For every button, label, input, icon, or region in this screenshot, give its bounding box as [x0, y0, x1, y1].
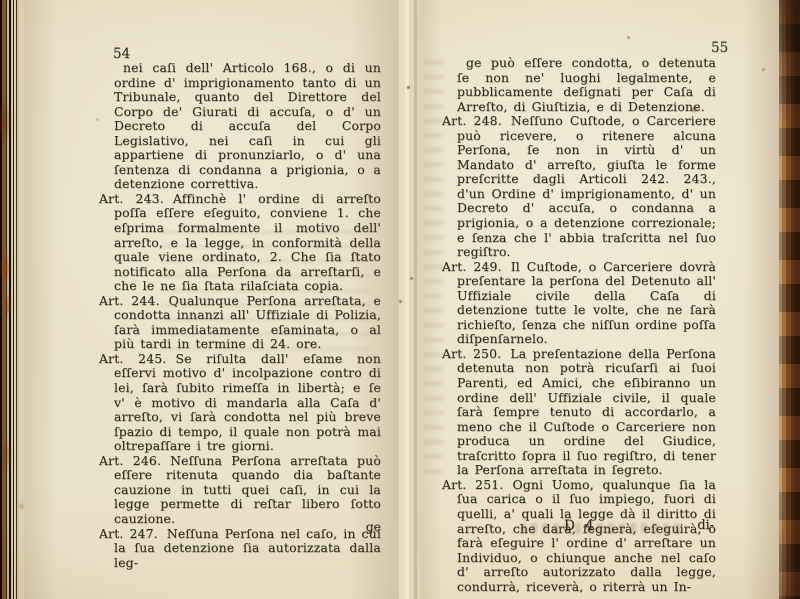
catchword-text: di-	[697, 518, 714, 533]
paragraph: Art. 243.Affinchè l' ordine di arreſto p…	[99, 192, 381, 294]
article-label: Art. 246.	[99, 453, 161, 468]
article-label: Art. 245.	[99, 351, 166, 366]
signature-line: D 4 di-	[442, 518, 716, 536]
book-cover-edge	[779, 0, 800, 599]
paragraph: Art. 244.Qualunque Perſona arreſtata, e …	[99, 294, 381, 352]
article-label: Art. 244.	[99, 293, 160, 308]
paragraph: nei caſi dell' Articolo 168., o di un or…	[99, 61, 381, 192]
signature-mark: D 4	[564, 518, 597, 534]
book-scan: 54 nei caſi dell' Articolo 168., o di un…	[0, 0, 800, 599]
text-block: nei caſi dell' Articolo 168., o di un or…	[99, 61, 381, 570]
article-label: Art. 243.	[99, 191, 164, 206]
article-text: Se riſulta dall' eſame non eſſervi motiv…	[114, 351, 381, 453]
catchword: ge	[99, 519, 385, 534]
text-block: ge può eſſere condotta, o detenuta ſe no…	[442, 56, 716, 594]
paragraph: Art. 245.Se riſulta dall' eſame non eſſe…	[99, 352, 381, 454]
stacked-page-edges	[0, 0, 24, 599]
article-label: Art. 249.	[442, 259, 502, 274]
paragraph: Art. 251.Ogni Uomo, qualunque ſia la ſua…	[442, 478, 716, 594]
catchword-text: ge	[366, 519, 381, 534]
paragraph: Art. 250.La preſentazione della Perſona …	[442, 347, 716, 478]
article-text: La preſentazione della Perſona detenuta …	[457, 346, 716, 477]
article-label: Art. 248.	[442, 113, 502, 128]
page-54: 54 nei caſi dell' Articolo 168., o di un…	[24, 0, 393, 599]
paragraph: ge può eſſere condotta, o detenuta ſe no…	[442, 56, 716, 114]
paragraph: Art. 246.Neſſuna Perſona arreſtata può e…	[99, 454, 381, 527]
book-gutter	[393, 0, 421, 599]
page-number: 55	[711, 40, 728, 56]
article-label: Art. 250.	[442, 346, 501, 361]
article-label: Art. 251.	[442, 477, 503, 492]
article-text: Neſſuno Cuſtode, o Carceriere può riceve…	[457, 113, 716, 259]
article-text: nei caſi dell' Articolo 168., o di un or…	[114, 60, 381, 191]
paragraph: Art. 248.Neſſuno Cuſtode, o Carceriere p…	[442, 114, 716, 259]
article-text: Affinchè l' ordine di arreſto poſſa eſſe…	[114, 191, 381, 293]
paragraph: Art. 249.Il Cuſtode, o Carceriere dovrà …	[442, 260, 716, 347]
article-text: ge può eſſere condotta, o detenuta ſe no…	[457, 55, 716, 114]
page-55: 55 ge può eſſere condotta, o detenuta ſe…	[421, 0, 779, 599]
